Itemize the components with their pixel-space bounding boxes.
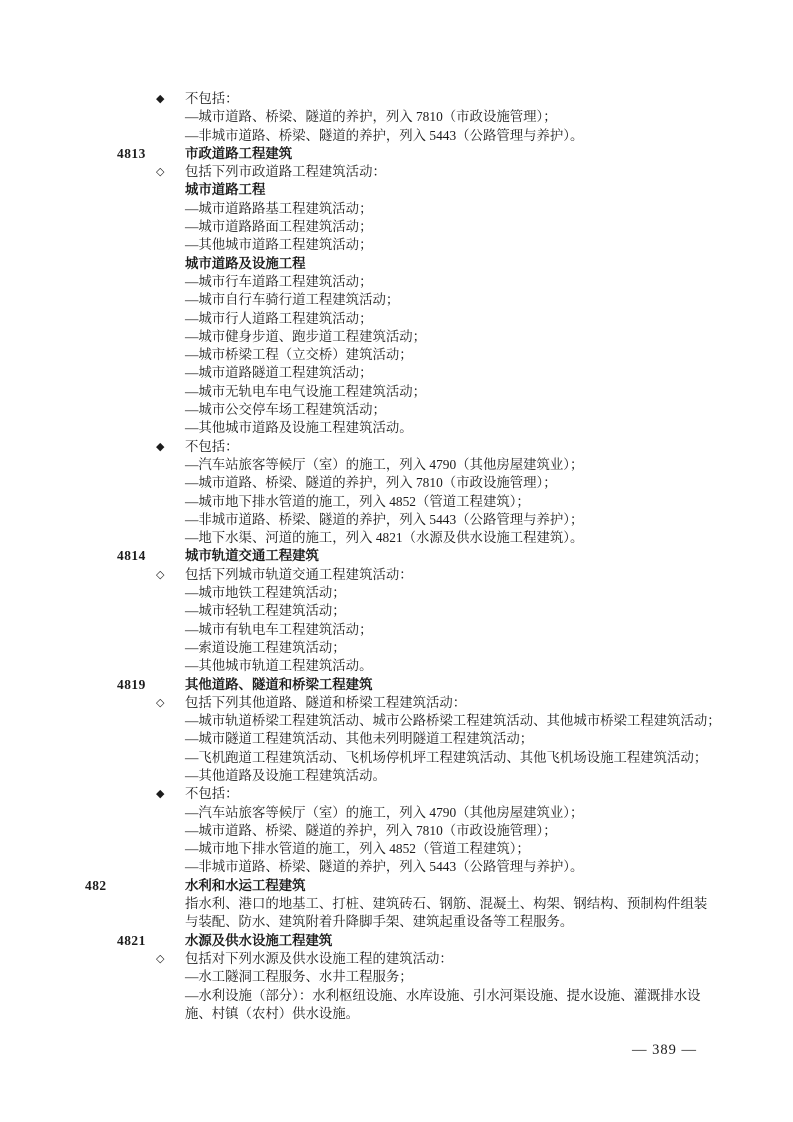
list-item-text: —城市健身步道、跑步道工程建筑活动；: [185, 328, 426, 346]
list-item-text: —城市公交停车场工程建筑活动；: [185, 401, 386, 419]
category-heading-row: 4819其他道路、隧道和桥梁工程建筑: [0, 676, 793, 694]
list-item-text: —汽车站旅客等候厅（室）的施工，列入 4790（其他房屋建筑业）；: [185, 456, 583, 474]
category-code: 4819: [117, 676, 146, 694]
description-line-row: 指水利、港口的地基工、打桩、建筑砖石、钢筋、混凝土、构架、钢结构、预制构件组装: [0, 895, 793, 913]
list-item-text: —城市轨道桥梁工程建筑活动、城市公路桥梁工程建筑活动、其他城市桥梁工程建筑活动；: [185, 712, 721, 730]
include-row: ◇包括下列城市轨道交通工程建筑活动：: [0, 566, 793, 584]
include-label: 包括对下列水源及供水设施工程的建筑活动：: [185, 950, 453, 968]
list-item-row: —城市有轨电车工程建筑活动；: [0, 621, 793, 639]
hollow-diamond-icon: ◇: [156, 163, 164, 181]
list-item-text: —城市行人道路工程建筑活动；: [185, 310, 372, 328]
list-item-row: —城市道路隧道工程建筑活动；: [0, 364, 793, 382]
category-title: 水源及供水设施工程建筑: [185, 932, 332, 950]
include-label: 包括下列其他道路、隧道和桥梁工程建筑活动：: [185, 694, 466, 712]
hollow-diamond-icon: ◇: [156, 566, 164, 584]
category-heading-row: 482水利和水运工程建筑: [0, 877, 793, 895]
list-item-row: —汽车站旅客等候厅（室）的施工，列入 4790（其他房屋建筑业）；: [0, 804, 793, 822]
list-item-row: —其他城市轨道工程建筑活动。: [0, 657, 793, 675]
list-item-row: —城市地下排水管道的施工，列入 4852（管道工程建筑）；: [0, 493, 793, 511]
list-item-row: —城市无轨电车电气设施工程建筑活动；: [0, 383, 793, 401]
description-line-text: 施、村镇（农村）供水设施。: [185, 1005, 359, 1023]
list-item-row: —城市道路、桥梁、隧道的养护，列入 7810（市政设施管理）；: [0, 474, 793, 492]
include-row: ◇包括下列市政道路工程建筑活动：: [0, 163, 793, 181]
list-item-text: —城市地铁工程建筑活动；: [185, 584, 346, 602]
list-item-row: —其他城市道路工程建筑活动；: [0, 236, 793, 254]
list-item-row: —非城市道路、桥梁、隧道的养护，列入 5443（公路管理与养护）。: [0, 858, 793, 876]
list-item-row: —城市轻轨工程建筑活动；: [0, 602, 793, 620]
list-item-row: —城市地下排水管道的施工，列入 4852（管道工程建筑）；: [0, 840, 793, 858]
list-item-text: —城市道路路面工程建筑活动；: [185, 218, 372, 236]
list-item-text: —城市行车道路工程建筑活动；: [185, 273, 372, 291]
include-label: 包括下列市政道路工程建筑活动：: [185, 163, 386, 181]
list-item-text: —非城市道路、桥梁、隧道的养护，列入 5443（公路管理与养护）；: [185, 511, 583, 529]
list-item-row: —其他道路及设施工程建筑活动。: [0, 767, 793, 785]
list-item-text: —飞机跑道工程建筑活动、飞机场停机坪工程建筑活动、其他飞机场设施工程建筑活动；: [185, 749, 707, 767]
list-item-text: —索道设施工程建筑活动；: [185, 639, 346, 657]
classification-content: ◆不包括：—城市道路、桥梁、隧道的养护，列入 7810（市政设施管理）；—非城市…: [0, 90, 793, 1023]
list-item-row: —其他城市道路及设施工程建筑活动。: [0, 419, 793, 437]
category-heading-row: 4821水源及供水设施工程建筑: [0, 932, 793, 950]
list-item-row: —城市行车道路工程建筑活动；: [0, 273, 793, 291]
include-label: 包括下列城市轨道交通工程建筑活动：: [185, 566, 413, 584]
list-item-row: —非城市道路、桥梁、隧道的养护，列入 5443（公路管理与养护）。: [0, 127, 793, 145]
subcategory-title: 城市道路及设施工程: [185, 255, 306, 273]
list-item-row: —索道设施工程建筑活动；: [0, 639, 793, 657]
list-item-text: —汽车站旅客等候厅（室）的施工，列入 4790（其他房屋建筑业）；: [185, 804, 583, 822]
list-item-row: —非城市道路、桥梁、隧道的养护，列入 5443（公路管理与养护）；: [0, 511, 793, 529]
list-item-row: —城市道路、桥梁、隧道的养护，列入 7810（市政设施管理）；: [0, 108, 793, 126]
list-item-row: —城市自行车骑行道工程建筑活动；: [0, 291, 793, 309]
exclude-label: 不包括：: [185, 90, 239, 108]
list-item-text: —其他城市轨道工程建筑活动。: [185, 657, 372, 675]
list-item-text: —非城市道路、桥梁、隧道的养护，列入 5443（公路管理与养护）。: [185, 127, 583, 145]
list-item-row: —汽车站旅客等候厅（室）的施工，列入 4790（其他房屋建筑业）；: [0, 456, 793, 474]
list-item-text: —城市道路、桥梁、隧道的养护，列入 7810（市政设施管理）；: [185, 108, 557, 126]
filled-diamond-icon: ◆: [156, 438, 164, 456]
description-line-text: 与装配、防水、建筑附着升降脚手架、建筑起重设备等工程服务。: [185, 913, 573, 931]
subcategory-heading-row: 城市道路及设施工程: [0, 255, 793, 273]
subcategory-title: 城市道路工程: [185, 181, 265, 199]
category-code: 4821: [117, 932, 146, 950]
subcategory-heading-row: 城市道路工程: [0, 181, 793, 199]
hollow-diamond-icon: ◇: [156, 694, 164, 712]
hollow-diamond-icon: ◇: [156, 950, 164, 968]
list-item-row: —城市轨道桥梁工程建筑活动、城市公路桥梁工程建筑活动、其他城市桥梁工程建筑活动；: [0, 712, 793, 730]
document-page: ◆不包括：—城市道路、桥梁、隧道的养护，列入 7810（市政设施管理）；—非城市…: [0, 0, 793, 1122]
category-heading-row: 4813市政道路工程建筑: [0, 145, 793, 163]
category-code: 4813: [117, 145, 146, 163]
include-row: ◇包括对下列水源及供水设施工程的建筑活动：: [0, 950, 793, 968]
list-item-text: —城市无轨电车电气设施工程建筑活动；: [185, 383, 426, 401]
list-item-row: —城市公交停车场工程建筑活动；: [0, 401, 793, 419]
list-item-text: —地下水渠、河道的施工，列入 4821（水源及供水设施工程建筑）。: [185, 529, 583, 547]
description-line-row: —水利设施（部分）：水利枢纽设施、水库设施、引水河渠设施、提水设施、灌溉排水设: [0, 987, 793, 1005]
list-item-row: —城市隧道工程建筑活动、其他未列明隧道工程建筑活动；: [0, 730, 793, 748]
category-code: 482: [85, 877, 107, 895]
list-item-row: —飞机跑道工程建筑活动、飞机场停机坪工程建筑活动、其他飞机场设施工程建筑活动；: [0, 749, 793, 767]
exclude-row: ◆不包括：: [0, 785, 793, 803]
category-title: 水利和水运工程建筑: [185, 877, 306, 895]
list-item-text: —其他城市道路及设施工程建筑活动。: [185, 419, 413, 437]
exclude-label: 不包括：: [185, 438, 239, 456]
category-code: 4814: [117, 547, 146, 565]
include-row: ◇包括下列其他道路、隧道和桥梁工程建筑活动：: [0, 694, 793, 712]
filled-diamond-icon: ◆: [156, 90, 164, 108]
filled-diamond-icon: ◆: [156, 785, 164, 803]
list-item-row: —城市道路路面工程建筑活动；: [0, 218, 793, 236]
list-item-text: —非城市道路、桥梁、隧道的养护，列入 5443（公路管理与养护）。: [185, 858, 583, 876]
list-item-text: —城市自行车骑行道工程建筑活动；: [185, 291, 399, 309]
description-line-text: —水利设施（部分）：水利枢纽设施、水库设施、引水河渠设施、提水设施、灌溉排水设: [185, 987, 701, 1005]
list-item-text: —城市桥梁工程（立交桥）建筑活动；: [185, 346, 413, 364]
category-title: 市政道路工程建筑: [185, 145, 292, 163]
exclude-label: 不包括：: [185, 785, 239, 803]
list-item-row: —城市道路、桥梁、隧道的养护，列入 7810（市政设施管理）；: [0, 822, 793, 840]
exclude-row: ◆不包括：: [0, 90, 793, 108]
list-item-text: —其他城市道路工程建筑活动；: [185, 236, 372, 254]
exclude-row: ◆不包括：: [0, 438, 793, 456]
list-item-row: —城市道路路基工程建筑活动；: [0, 200, 793, 218]
page-number: — 389 —: [632, 1042, 697, 1059]
description-line-text: 指水利、港口的地基工、打桩、建筑砖石、钢筋、混凝土、构架、钢结构、预制构件组装: [185, 895, 707, 913]
list-item-text: —城市隧道工程建筑活动、其他未列明隧道工程建筑活动；: [185, 730, 533, 748]
list-item-text: —城市轻轨工程建筑活动；: [185, 602, 346, 620]
list-item-row: —城市健身步道、跑步道工程建筑活动；: [0, 328, 793, 346]
list-item-row: —城市桥梁工程（立交桥）建筑活动；: [0, 346, 793, 364]
category-title: 城市轨道交通工程建筑: [185, 547, 319, 565]
list-item-text: —城市地下排水管道的施工，列入 4852（管道工程建筑）；: [185, 840, 530, 858]
description-line-row: 施、村镇（农村）供水设施。: [0, 1005, 793, 1023]
list-item-text: —城市道路隧道工程建筑活动；: [185, 364, 372, 382]
category-heading-row: 4814城市轨道交通工程建筑: [0, 547, 793, 565]
list-item-row: —城市行人道路工程建筑活动；: [0, 310, 793, 328]
description-line-row: 与装配、防水、建筑附着升降脚手架、建筑起重设备等工程服务。: [0, 913, 793, 931]
category-title: 其他道路、隧道和桥梁工程建筑: [185, 676, 372, 694]
list-item-row: —水工隧洞工程服务、水井工程服务；: [0, 968, 793, 986]
list-item-text: —城市道路路基工程建筑活动；: [185, 200, 372, 218]
list-item-text: —城市道路、桥梁、隧道的养护，列入 7810（市政设施管理）；: [185, 822, 557, 840]
list-item-text: —城市地下排水管道的施工，列入 4852（管道工程建筑）；: [185, 493, 530, 511]
list-item-text: —城市道路、桥梁、隧道的养护，列入 7810（市政设施管理）；: [185, 474, 557, 492]
list-item-row: —地下水渠、河道的施工，列入 4821（水源及供水设施工程建筑）。: [0, 529, 793, 547]
list-item-row: —城市地铁工程建筑活动；: [0, 584, 793, 602]
list-item-text: —水工隧洞工程服务、水井工程服务；: [185, 968, 413, 986]
list-item-text: —其他道路及设施工程建筑活动。: [185, 767, 386, 785]
list-item-text: —城市有轨电车工程建筑活动；: [185, 621, 372, 639]
